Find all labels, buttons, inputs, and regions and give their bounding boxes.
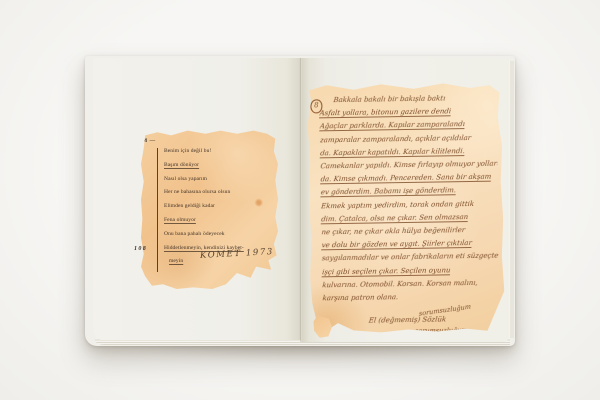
signature-line: sorumsuzluğum (414, 325, 500, 337)
page-number: 108 (134, 246, 147, 253)
poem-line: Onu bana pahalı ödeyecek (164, 231, 276, 237)
corner-mark: M — (142, 138, 156, 144)
manuscript-sheet: 8 Bakkala bakalı bir bakışla baktı Asfal… (307, 82, 505, 333)
poem-line: Benim için değil bu! (164, 148, 276, 154)
right-page: 8 Bakkala bakalı bir bakışla baktı Asfal… (301, 58, 509, 342)
book-spine (300, 58, 302, 342)
poem-line: Nasıl olsa yaparım (164, 176, 276, 182)
left-page: M — Benim için değil bu! Başım dönüyor N… (93, 58, 301, 340)
poem-line: Her ne bahasına olursa olsun (164, 189, 276, 195)
handwriting-block: Bakkala bakalı bir bakışla baktı Asfalt … (319, 92, 500, 351)
poem-clipping: M — Benim için değil bu! Başım dönüyor N… (141, 129, 278, 289)
poem-line: Başım dönüyor (164, 162, 276, 168)
poem-line: Elimden geldiği kadar (164, 203, 276, 209)
open-book: M — Benim için değil bu! Başım dönüyor N… (85, 56, 515, 346)
poem-line: Fena olmuyor (164, 217, 276, 223)
page-edges-right (509, 61, 514, 338)
